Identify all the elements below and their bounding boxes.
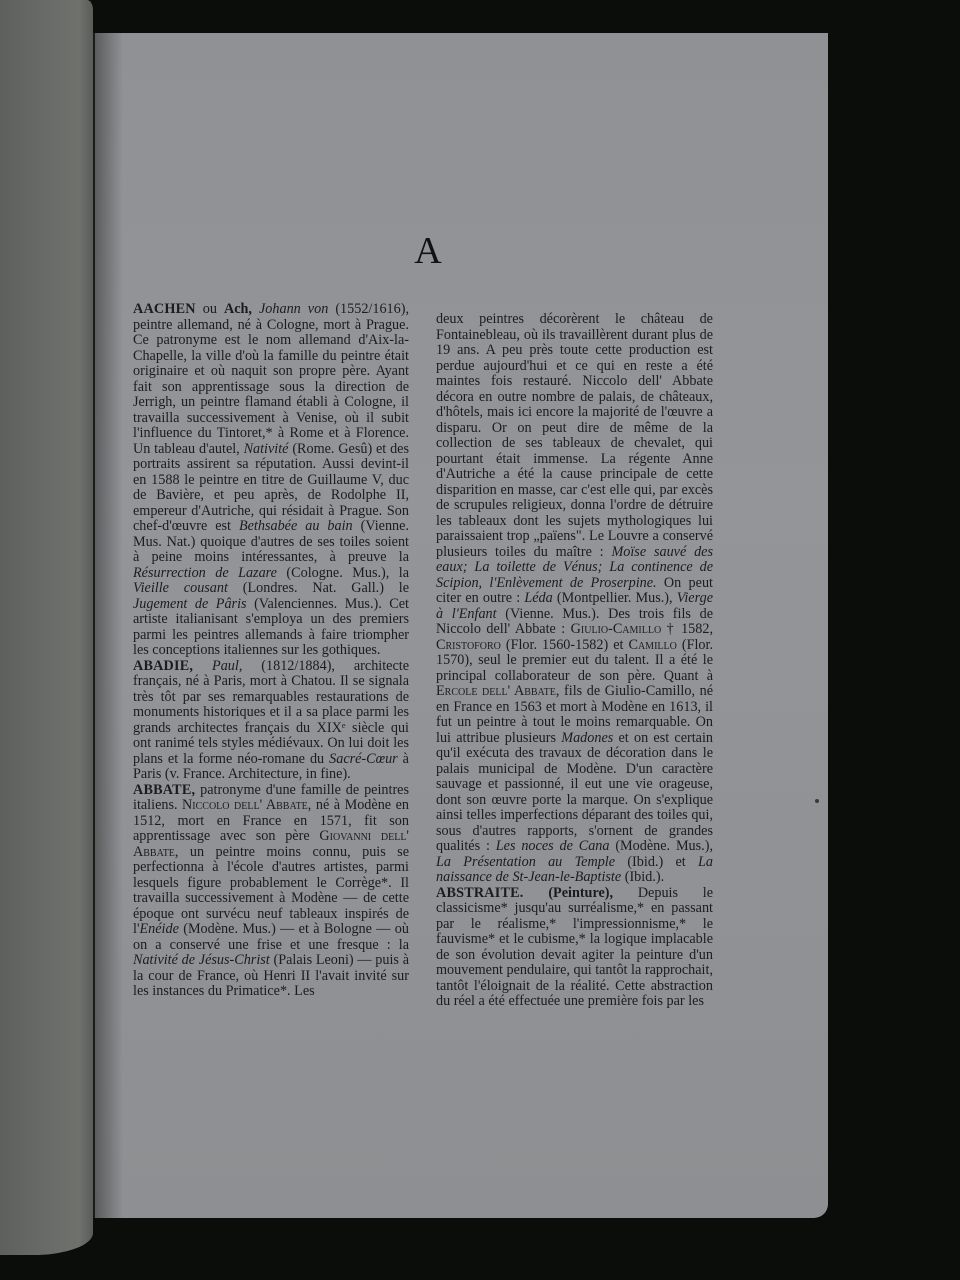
right-text-column: deux peintres décorèrent le château de F… [436, 312, 713, 1010]
italic-title: Johann von [259, 301, 328, 317]
dictionary-entry: ABBATE, patronyme d'une famille de peint… [133, 783, 409, 1000]
italic-title: Nativité de Jésus-Christ [133, 952, 270, 968]
small-caps-name: Cristoforo [436, 637, 501, 653]
italic-title: Nativité [244, 441, 289, 457]
italic-title: Résurrection de Lazare [133, 565, 277, 581]
italic-title: Vierge à l'Enfant [436, 590, 713, 622]
entry-body: ou Ach, Johann von (1552/1616), peintre … [133, 301, 409, 658]
bold-term: (Peinture), [548, 885, 613, 901]
gutter-shadow [93, 33, 123, 1218]
italic-title: Moïse sauvé des eaux; La toilette de Vén… [436, 544, 713, 591]
italic-title: Sacré-Cœur [329, 751, 398, 767]
dictionary-entry-continuation: deux peintres décorèrent le château de F… [436, 312, 713, 886]
dictionary-entry: ABADIE, Paul, (1812/1884), architecte fr… [133, 659, 409, 783]
left-text-column: AACHEN ou Ach, Johann von (1552/1616), p… [133, 302, 409, 1000]
letter-section-heading: A [408, 232, 448, 270]
italic-title: Les noces de Cana [496, 838, 610, 854]
entry-headword: ABSTRAITE. [436, 885, 524, 901]
dictionary-entry: AACHEN ou Ach, Johann von (1552/1616), p… [133, 302, 409, 659]
paper-speck [815, 799, 819, 803]
entry-body: Paul, (1812/1884), architecte français, … [133, 658, 409, 783]
italic-title: Léda [524, 590, 552, 606]
italic-title: Madones [561, 730, 613, 746]
small-caps-name: Giulio-Camillo [571, 621, 662, 637]
italic-title: Jugement de Pâris [133, 596, 247, 612]
facing-left-page [0, 0, 93, 1255]
small-caps-name: Niccolo dell' Abbate, [182, 797, 311, 813]
entry-headword: ABBATE, [133, 782, 195, 798]
entry-body: patronyme d'une famille de peintres ital… [133, 782, 409, 1000]
small-caps-name: Giovanni dell' Abbate, [133, 828, 409, 860]
entry-headword: AACHEN [133, 301, 196, 317]
italic-title: Vieille cousant [133, 580, 228, 596]
entry-body: (Peinture), Depuis le classicisme* jusqu… [436, 885, 713, 1010]
italic-title: Paul, [212, 658, 242, 674]
small-caps-name: Camillo [629, 637, 677, 653]
bold-term: Ach, [224, 301, 252, 317]
italic-title: La Présentation au Temple [436, 854, 615, 870]
entry-body: deux peintres décorèrent le château de F… [436, 311, 713, 885]
small-caps-name: Ercole dell' Abbate, [436, 683, 559, 699]
italic-title: Enéide [140, 921, 179, 937]
italic-title: Bethsabée au bain [239, 518, 353, 534]
entry-headword: ABADIE, [133, 658, 193, 674]
dictionary-entry: ABSTRAITE. (Peinture), Depuis le classic… [436, 886, 713, 1010]
